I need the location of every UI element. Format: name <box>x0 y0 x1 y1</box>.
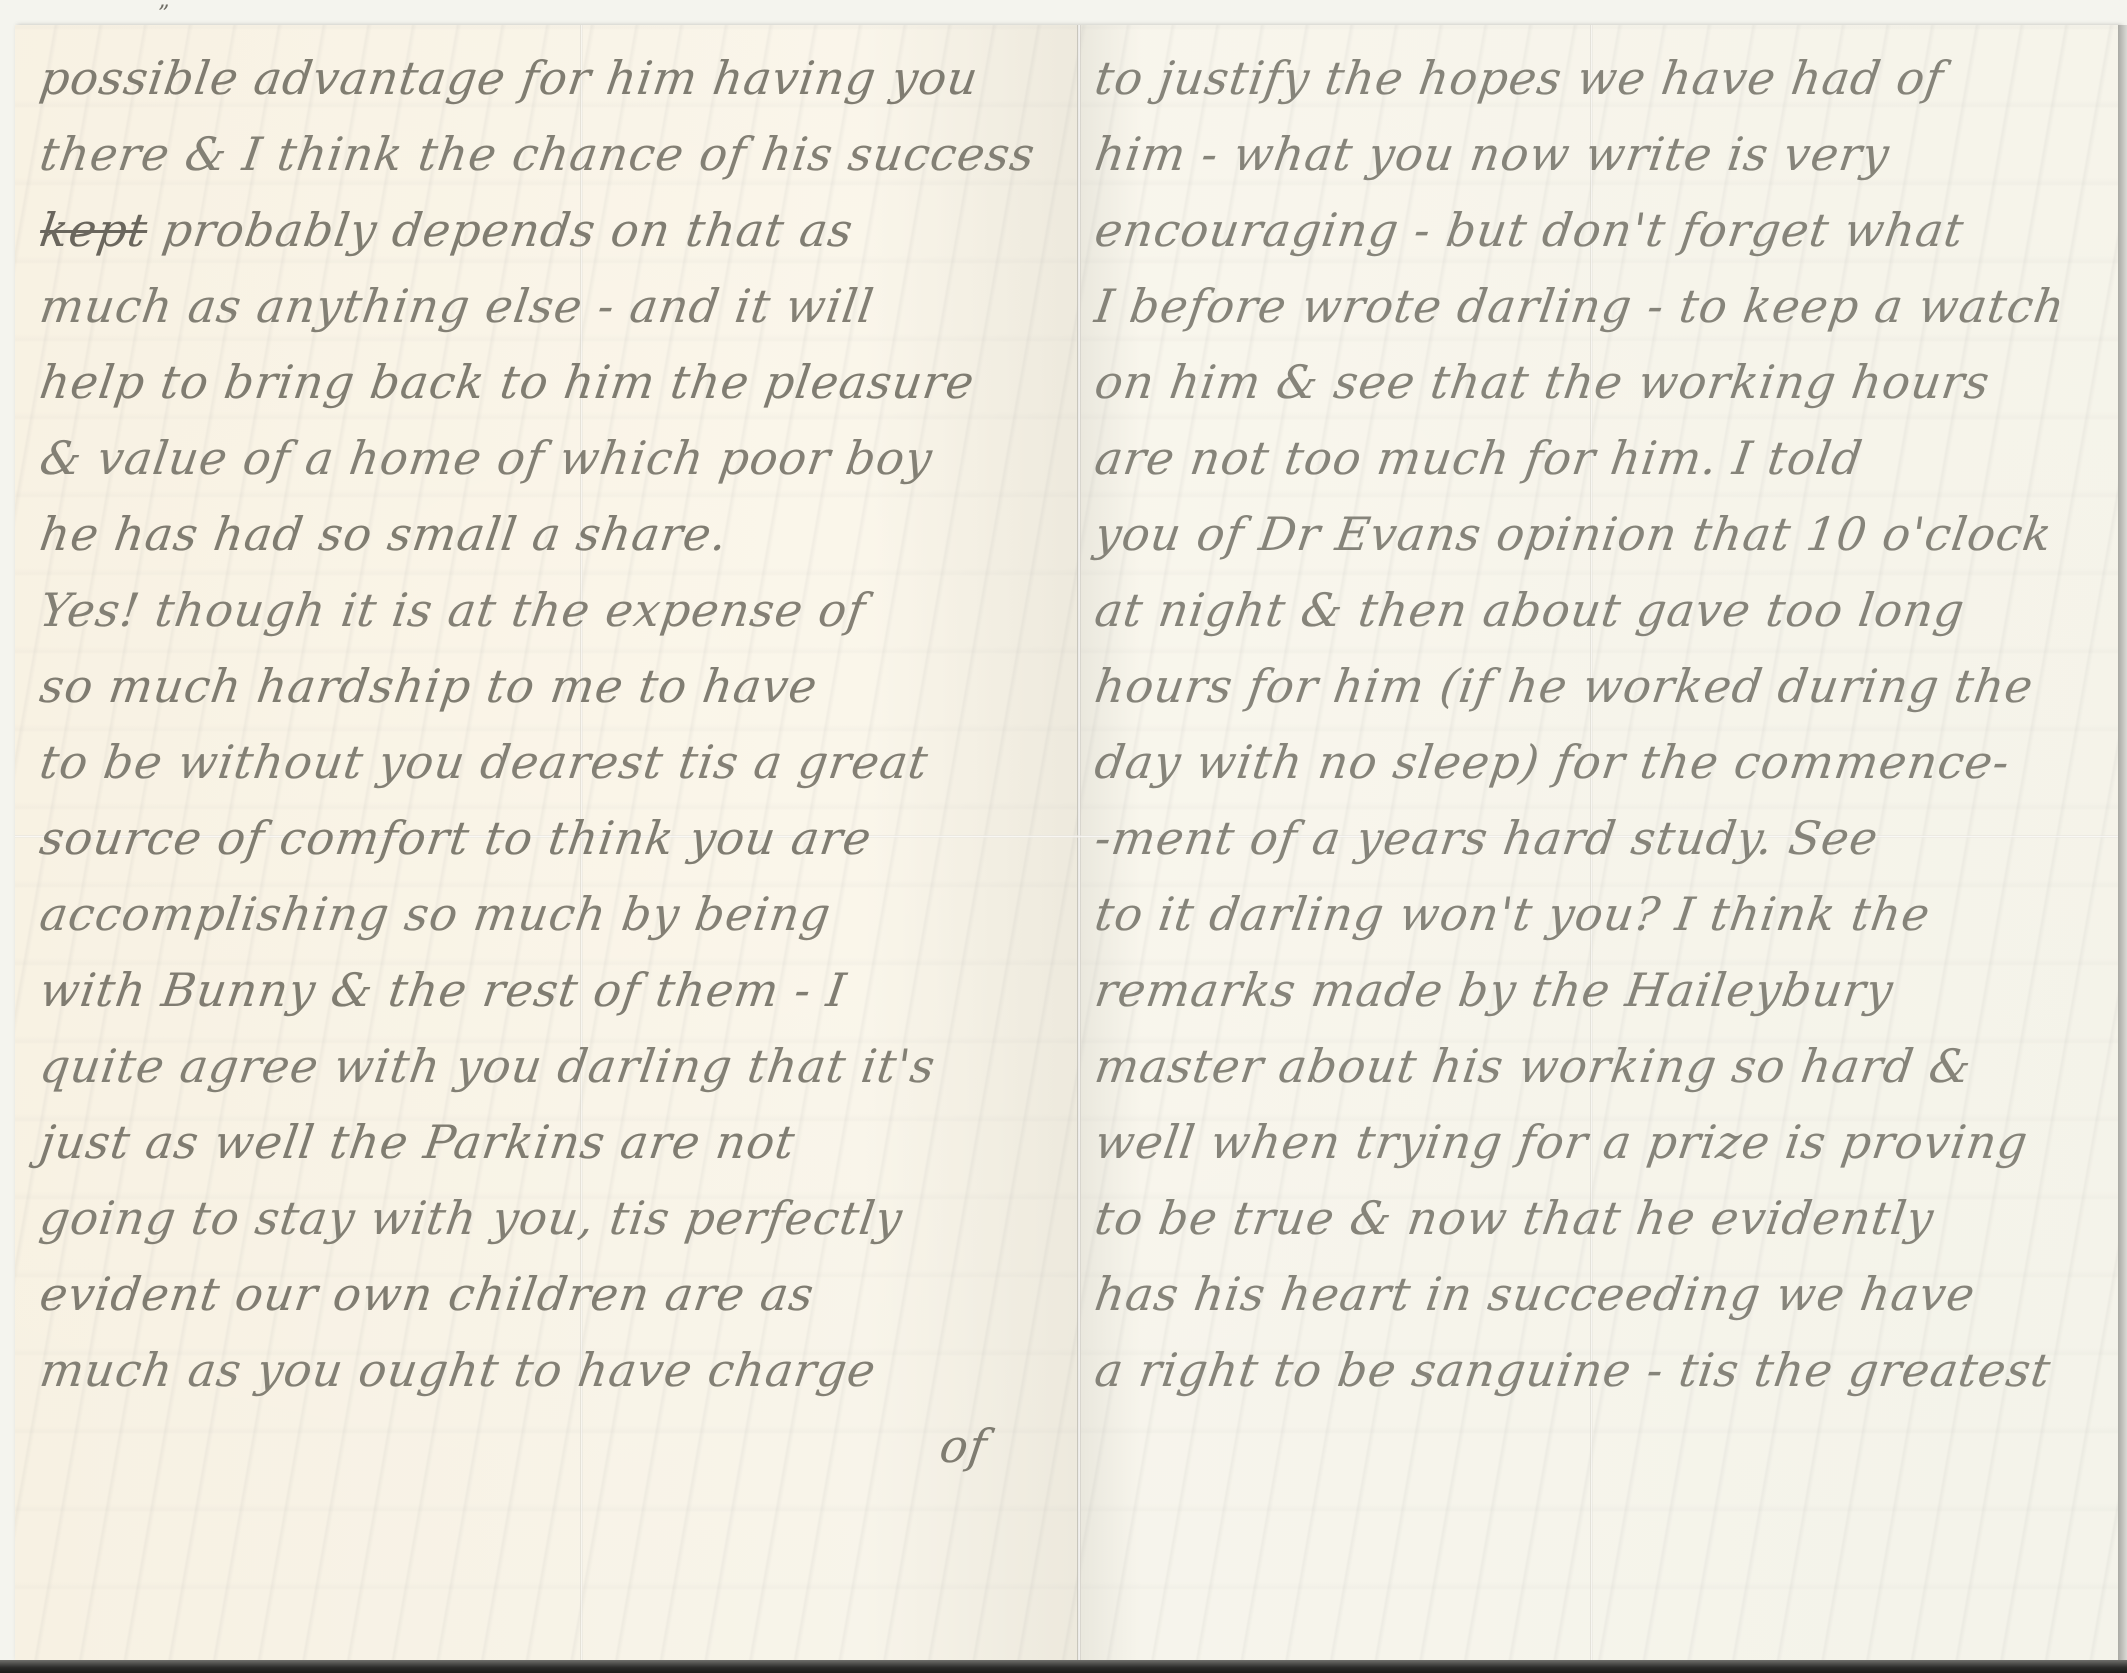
handwritten-line: to justify the hopes we have had of <box>1090 40 2126 116</box>
struck-word: kept <box>37 203 152 257</box>
handwritten-line: on him & see that the working hours <box>1090 344 2126 420</box>
handwritten-line: I before wrote darling - to keep a watch <box>1090 268 2126 344</box>
handwritten-line: so much hardship to me to have <box>35 648 1076 724</box>
handwritten-line: master about his working so hard & <box>1090 1028 2126 1104</box>
fold-crease-center <box>1077 25 1081 1660</box>
handwritten-line: much as you ought to have charge <box>35 1332 1076 1408</box>
trailing-mark: of <box>35 1408 1076 1484</box>
handwritten-line: -ment of a years hard study. See <box>1090 800 2126 876</box>
handwritten-line: source of comfort to think you are <box>35 800 1076 876</box>
handwritten-line: a right to be sanguine - tis the greates… <box>1090 1332 2126 1408</box>
handwritten-line: has his heart in succeeding we have <box>1090 1256 2126 1332</box>
handwritten-line: encouraging - but don't forget what <box>1090 192 2126 268</box>
trailing-mark-text: of <box>937 1419 991 1473</box>
handwritten-line: at night & then about gave too long <box>1090 572 2126 648</box>
handwritten-line: hours for him (if he worked during the <box>1090 648 2126 724</box>
ditto-mark: ” <box>158 2 169 27</box>
handwritten-line: remarks made by the Haileybury <box>1090 952 2126 1028</box>
scanned-letter: ” possible advantage for him having you … <box>0 0 2127 1673</box>
handwritten-line: possible advantage for him having you <box>35 40 1076 116</box>
left-page-text: possible advantage for him having you th… <box>35 40 1065 1484</box>
handwritten-line: going to stay with you, tis perfectly <box>35 1180 1076 1256</box>
handwritten-line: just as well the Parkins are not <box>35 1104 1076 1180</box>
handwritten-line: are not too much for him. I told <box>1090 420 2126 496</box>
handwritten-line: to be true & now that he evidently <box>1090 1180 2126 1256</box>
paper-edge-shadow <box>2118 25 2127 1665</box>
handwritten-line: day with no sleep) for the commence- <box>1090 724 2126 800</box>
handwritten-line: you of Dr Evans opinion that 10 o'clock <box>1090 496 2126 572</box>
handwritten-line: there & I think the chance of his succes… <box>35 116 1076 192</box>
handwritten-line: to be without you dearest tis a great <box>35 724 1076 800</box>
handwritten-line: much as anything else - and it will <box>35 268 1076 344</box>
handwritten-line-text: probably depends on that as <box>159 203 857 257</box>
handwritten-line: well when trying for a prize is proving <box>1090 1104 2126 1180</box>
handwritten-line: accomplishing so much by being <box>35 876 1076 952</box>
handwritten-line: & value of a home of which poor boy <box>35 420 1076 496</box>
handwritten-line: he has had so small a share. <box>35 496 1076 572</box>
handwritten-line: Yes! though it is at the expense of <box>35 572 1076 648</box>
handwritten-line: with Bunny & the rest of them - I <box>35 952 1076 1028</box>
handwritten-line: kept probably depends on that as <box>35 192 1076 268</box>
handwritten-line: evident our own children are as <box>35 1256 1076 1332</box>
handwritten-line: quite agree with you darling that it's <box>35 1028 1076 1104</box>
right-page-text: to justify the hopes we have had of him … <box>1090 40 2115 1408</box>
scanner-bottom-shadow <box>0 1660 2127 1673</box>
handwritten-line: help to bring back to him the pleasure <box>35 344 1076 420</box>
handwritten-line: him - what you now write is very <box>1090 116 2126 192</box>
handwritten-line: to it darling won't you? I think the <box>1090 876 2126 952</box>
